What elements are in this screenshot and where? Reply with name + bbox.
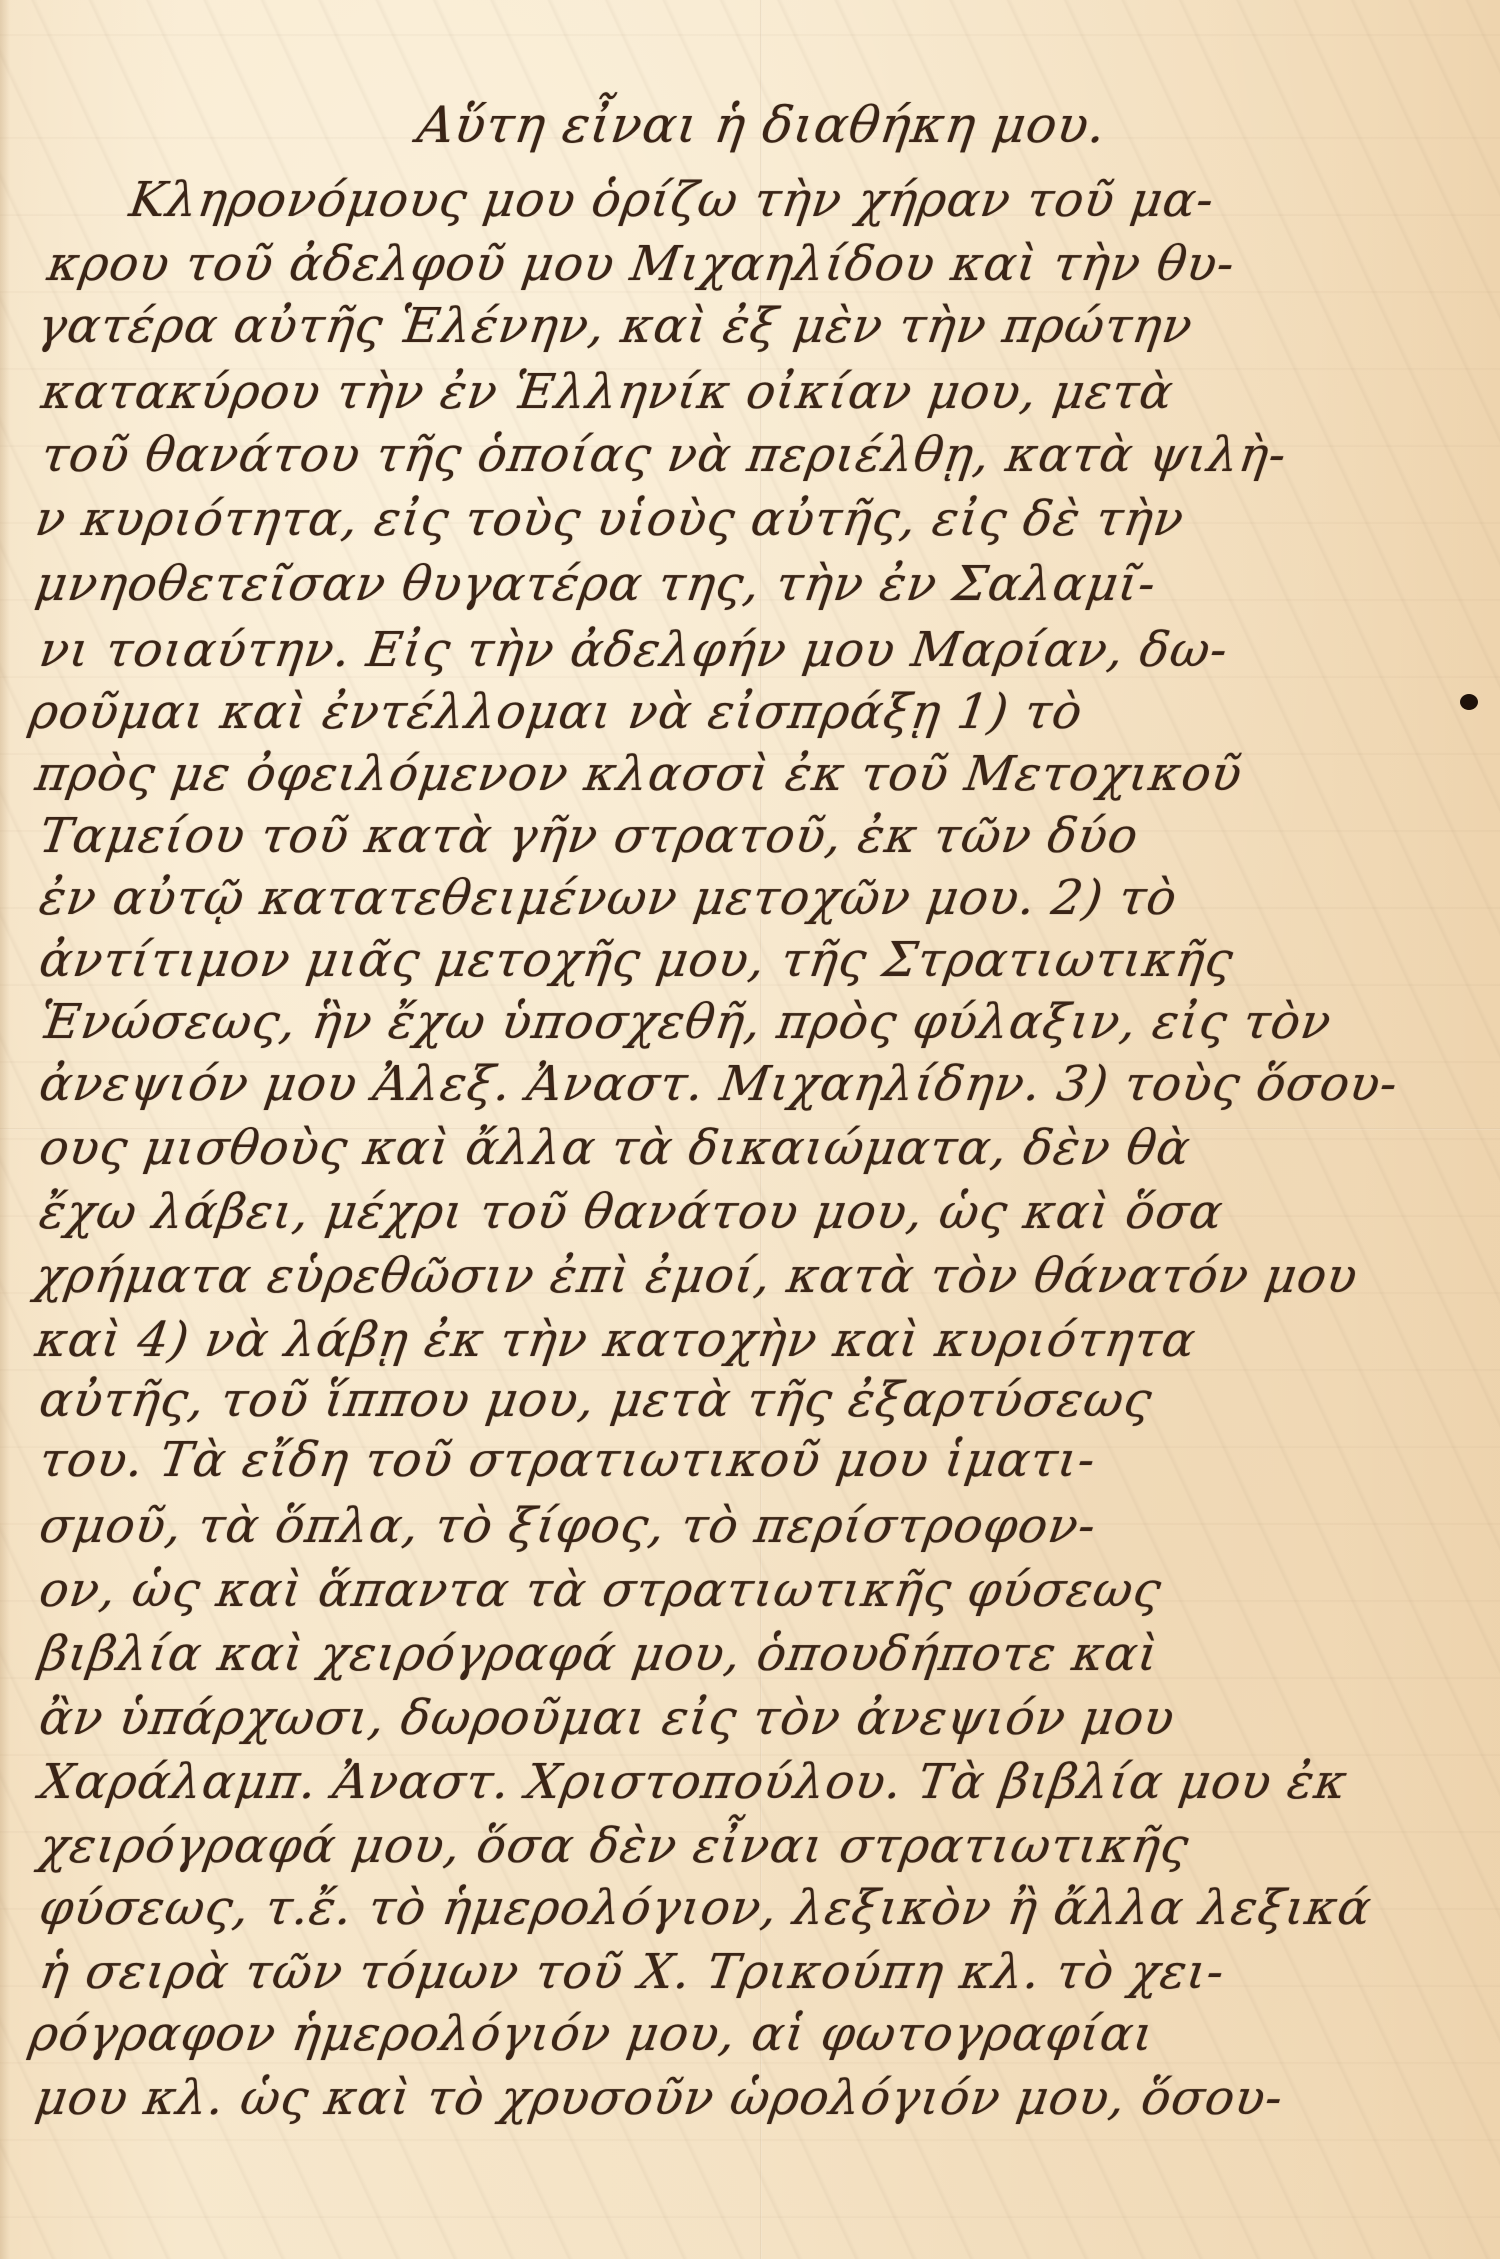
text-line: Ἑνώσεως, ἣν ἔχω ὑποσχεθῆ, πρὸς φύλαξιν, … xyxy=(36,994,1335,1050)
text-line: τοῦ θανάτου τῆς ὁποίας νὰ περιέλθῃ, κατὰ… xyxy=(38,427,1290,483)
text-line: μου κλ. ὡς καὶ τὸ χρυσοῦν ὡρολόγιόν μου,… xyxy=(32,2070,1287,2126)
text-line: του. Τὰ εἴδη τοῦ στρατιωτικοῦ μου ἱματι- xyxy=(36,1432,1099,1488)
text-line: βιβλία καὶ χειρόγραφά μου, ὁπουδήποτε κα… xyxy=(36,1626,1162,1682)
text-line: ροῦμαι καὶ ἐντέλλομαι νὰ εἰσπράξῃ 1) τὸ xyxy=(26,684,1086,740)
text-line: χρήματα εὑρεθῶσιν ἐπὶ ἐμοί, κατὰ τὸν θάν… xyxy=(32,1248,1361,1304)
text-line: ἔχω λάβει, μέχρι τοῦ θανάτου μου, ὡς καὶ… xyxy=(36,1184,1227,1240)
text-line: ον, ὡς καὶ ἅπαντα τὰ στρατιωτικῆς φύσεως xyxy=(36,1562,1165,1618)
text-line: ἡ σειρὰ τῶν τόμων τοῦ Χ. Τρικούπη κλ. τὸ… xyxy=(36,1944,1228,2000)
text-line: αὐτῆς, τοῦ ἵππου μου, μετὰ τῆς ἐξαρτύσεω… xyxy=(36,1372,1156,1428)
text-line: καὶ 4) νὰ λάβῃ ἐκ τὴν κατοχὴν καὶ κυριότ… xyxy=(32,1312,1200,1368)
ink-blot xyxy=(1460,694,1478,710)
text-line: μνηοθετεῖσαν θυγατέρα της, τὴν ἐν Σαλαμῖ… xyxy=(32,556,1160,612)
paper-edge xyxy=(0,0,10,2259)
will-heading: Αὕτη εἶναι ἡ διαθήκη μου. xyxy=(414,96,1110,154)
text-line: κρου τοῦ ἀδελφοῦ μου Μιχαηλίδου καὶ τὴν … xyxy=(44,236,1238,292)
text-line: ἀντίτιμον μιᾶς μετοχῆς μου, τῆς Στρατιωτ… xyxy=(36,932,1237,988)
text-line: ἀνεψιόν μου Ἀλεξ. Ἀναστ. Μιχαηλίδην. 3) … xyxy=(36,1056,1402,1112)
text-line: γατέρα αὐτῆς Ἑλένην, καὶ ἐξ μὲν τὴν πρώτ… xyxy=(34,298,1196,354)
text-line: φύσεως, τ.ἔ. τὸ ἡμερολόγιον, λεξικὸν ἢ ἄ… xyxy=(36,1880,1375,1936)
text-line: ἂν ὑπάρχωσι, δωροῦμαι εἰς τὸν ἀνεψιόν μο… xyxy=(36,1690,1178,1746)
text-line: νι τοιαύτην. Εἰς τὴν ἀδελφήν μου Μαρίαν,… xyxy=(36,622,1232,678)
text-line: Ταμείου τοῦ κατὰ γῆν στρατοῦ, ἐκ τῶν δύο xyxy=(36,808,1142,864)
text-line: χειρόγραφά μου, ὅσα δὲν εἶναι στρατιωτικ… xyxy=(36,1818,1193,1874)
text-line: σμοῦ, τὰ ὅπλα, τὸ ξίφος, τὸ περίστροφον- xyxy=(36,1498,1100,1554)
text-line: πρὸς με ὀφειλόμενον κλασσὶ ἐκ τοῦ Μετοχι… xyxy=(32,746,1246,802)
text-line: ους μισθοὺς καὶ ἄλλα τὰ δικαιώματα, δὲν … xyxy=(36,1120,1194,1176)
manuscript-page: Αὕτη εἶναι ἡ διαθήκη μου. Κληρονόμους μο… xyxy=(0,0,1500,2259)
text-line: ἐν αὐτῷ κατατεθειμένων μετοχῶν μου. 2) τ… xyxy=(36,870,1181,926)
text-line: Χαράλαμπ. Ἀναστ. Χριστοπούλου. Τὰ βιβλία… xyxy=(36,1754,1351,1810)
text-line: Κληρονόμους μου ὁρίζω τὴν χήραν τοῦ μα- xyxy=(126,172,1218,228)
text-line: ρόγραφον ἡμερολόγιόν μου, αἱ φωτογραφίαι xyxy=(26,2006,1158,2062)
text-line: ν κυριότητα, εἰς τοὺς υἱοὺς αὐτῆς, εἰς δ… xyxy=(32,491,1188,547)
text-line: κατακύρου τὴν ἐν Ἑλληνίκ οἰκίαν μου, μετ… xyxy=(38,364,1177,420)
